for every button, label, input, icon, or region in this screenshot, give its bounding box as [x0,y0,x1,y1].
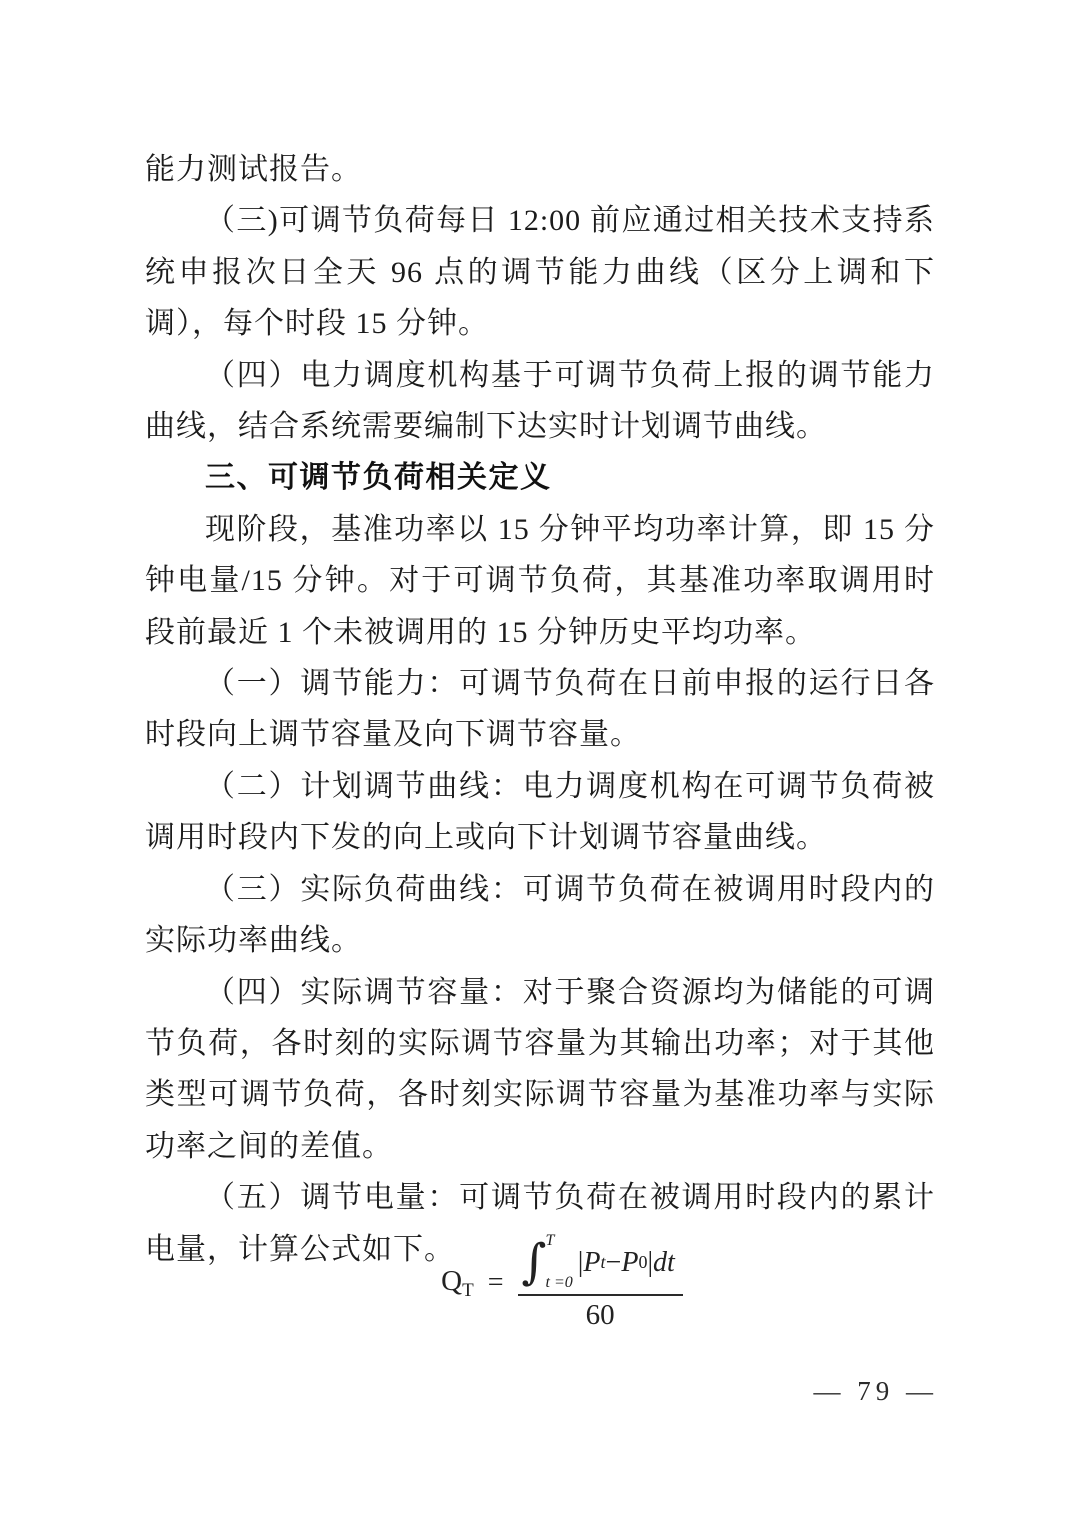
paragraph-def-4-actual-capacity: （四）实际调节容量：对于聚合资源均为储能的可调节负荷，各时刻的实际调节容量为其输… [145,967,935,1173]
paragraph-item-4-dispatch: （四）电力调度机构基于可调节负荷上报的调节能力曲线，结合系统需要编制下达实时计划… [145,350,935,453]
minus-sign: − [606,1247,622,1279]
formula-row: QT = ∫ T t =0 |Pt − P0|dt 60 [441,1235,683,1332]
formula-q-subscript: T [462,1280,474,1301]
paragraph-def-1-capability: （一）调节能力：可调节负荷在日前申报的运行日各时段向上调节容量及向下调节容量。 [145,658,935,761]
paragraph-def-2-planned-curve: （二）计划调节曲线：电力调度机构在可调节负荷被调用时段内下发的向上或向下计划调节… [145,761,935,864]
equals-sign: = [486,1267,506,1299]
page-content: 能力测试报告。 （三)可调节负荷每日 12:00 前应通过相关技术支持系统申报次… [145,144,935,1331]
power-zero-subscript: 0 [638,1252,647,1273]
formula-q-symbol: Q [441,1265,462,1297]
power-t-symbol: P [583,1247,600,1279]
page-number: — 79 — [814,1376,939,1407]
differential-dt: dt [653,1247,675,1279]
integral-sign: ∫ [522,1241,547,1284]
integral-limits: T t =0 [546,1235,573,1291]
formula-adjustment-energy: QT = ∫ T t =0 |Pt − P0|dt 60 [167,1235,957,1331]
formula-numerator: ∫ T t =0 |Pt − P0|dt [518,1235,683,1296]
paragraph-baseline-power: 现阶段，基准功率以 15 分钟平均功率计算，即 15 分钟电量/15 分钟。对于… [145,504,935,658]
formula-fraction: ∫ T t =0 |Pt − P0|dt 60 [518,1235,683,1332]
paragraph-def-3-actual-load-curve: （三）实际负荷曲线：可调节负荷在被调用时段内的实际功率曲线。 [145,864,935,967]
section-heading-definitions: 三、可调节负荷相关定义 [145,452,935,503]
paragraph-item-3-reporting: （三)可调节负荷每日 12:00 前应通过相关技术支持系统申报次日全天 96 点… [145,195,935,349]
integral-group: ∫ T t =0 [522,1235,576,1291]
integral-upper-limit: T [546,1233,555,1249]
formula-lhs: QT [441,1265,474,1302]
document-page: 能力测试报告。 （三)可调节负荷每日 12:00 前应通过相关技术支持系统申报次… [0,0,1080,1527]
power-zero-symbol: P [621,1247,638,1279]
integral-lower-limit: t =0 [546,1275,573,1291]
formula-denominator: 60 [586,1296,615,1332]
paragraph-continuation: 能力测试报告。 [145,144,935,195]
